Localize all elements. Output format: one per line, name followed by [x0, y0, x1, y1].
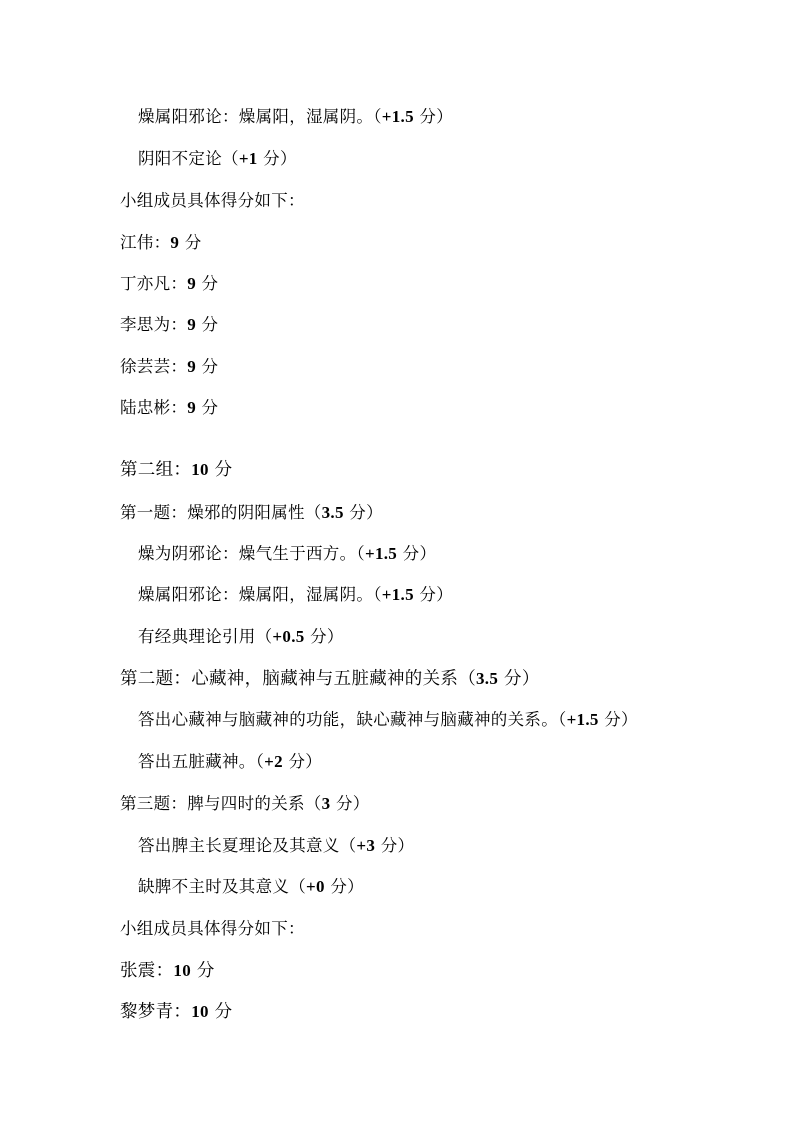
line-suffix: 分 [196, 315, 218, 334]
member-name: 李思为： [120, 315, 187, 334]
criterion-line: 答出心藏神与脑藏神的功能，缺心藏神与脑藏神的关系。（+1.5 分） [138, 709, 638, 731]
question-heading: 第三题：脾与四时的关系（3 分） [120, 793, 370, 815]
score-value: 9 [187, 357, 196, 376]
member-name: 黎梦青： [120, 1002, 191, 1022]
line-suffix: 分） [330, 794, 369, 813]
line-suffix: 分 [209, 460, 233, 480]
score-value: 9 [187, 398, 196, 417]
line-suffix: 分） [283, 752, 322, 771]
member-score: 陆忠彬：9 分 [120, 397, 218, 419]
line-suffix: 分） [599, 710, 638, 729]
score-value: 10 [173, 961, 191, 980]
score-value: +3 [356, 836, 375, 855]
member-name: 丁亦凡： [120, 274, 187, 293]
criterion-line: 答出五脏藏神。（+2 分） [138, 751, 322, 773]
line-suffix: 分） [258, 149, 297, 168]
line-suffix: 分） [414, 585, 453, 604]
member-score: 张震：10 分 [120, 960, 215, 982]
score-value: 3.5 [322, 503, 344, 522]
line-text: 小组成员具体得分如下： [120, 191, 305, 210]
member-name: 徐芸芸： [120, 357, 187, 376]
score-value: +1.5 [382, 107, 414, 126]
line-text: 答出心藏神与脑藏神的功能，缺心藏神与脑藏神的关系。（ [138, 710, 567, 729]
score-value: 10 [191, 1002, 209, 1021]
document-page: 燥属阳邪论：燥属阳，湿属阴。（+1.5 分） 阴阳不定论（+1 分） 小组成员具… [0, 0, 794, 1123]
line-suffix: 分） [414, 107, 453, 126]
score-value: +1.5 [567, 710, 599, 729]
line-text: 缺脾不主时及其意义（ [138, 877, 306, 896]
score-value: 3.5 [476, 669, 498, 688]
line-suffix: 分） [305, 627, 344, 646]
line-suffix: 分） [375, 836, 414, 855]
member-score: 李思为：9 分 [120, 314, 218, 336]
question-text: 第三题：脾与四时的关系（ [120, 794, 322, 813]
line-suffix: 分） [397, 544, 436, 563]
members-heading: 小组成员具体得分如下： [120, 918, 305, 940]
member-name: 张震： [120, 961, 173, 981]
line-text: 答出脾主长夏理论及其意义（ [138, 836, 356, 855]
line-suffix: 分） [344, 503, 383, 522]
line-suffix: 分 [196, 274, 218, 293]
score-value: +0.5 [272, 627, 304, 646]
criterion-line: 燥为阴邪论：燥气生于西方。（+1.5 分） [138, 543, 436, 565]
line-text: 小组成员具体得分如下： [120, 919, 305, 938]
criterion-line: 燥属阳邪论：燥属阳，湿属阴。（+1.5 分） [138, 584, 453, 606]
score-value: 9 [187, 315, 196, 334]
member-score: 徐芸芸：9 分 [120, 356, 218, 378]
members-heading: 小组成员具体得分如下： [120, 190, 305, 212]
criterion-line: 有经典理论引用（+0.5 分） [138, 626, 344, 648]
member-score: 丁亦凡：9 分 [120, 273, 218, 295]
score-value: +1.5 [365, 544, 397, 563]
line-suffix: 分 [179, 233, 201, 252]
group-name: 第二组： [120, 460, 191, 480]
score-value: +0 [306, 877, 325, 896]
line-suffix: 分 [196, 357, 218, 376]
line-text: 燥属阳邪论：燥属阳，湿属阴。（ [138, 585, 382, 604]
criterion-line: 答出脾主长夏理论及其意义（+3 分） [138, 835, 414, 857]
line-text: 燥为阴邪论：燥气生于西方。（ [138, 544, 365, 563]
score-value: +1.5 [382, 585, 414, 604]
line-text: 燥属阳邪论：燥属阳，湿属阴。（ [138, 107, 382, 126]
line-suffix: 分） [325, 877, 364, 896]
score-value: 9 [170, 233, 179, 252]
question-heading: 第二题：心藏神，脑藏神与五脏藏神的关系（3.5 分） [120, 668, 540, 690]
question-text: 第一题：燥邪的阴阳属性（ [120, 503, 322, 522]
score-value: 10 [191, 460, 209, 479]
line-text: 有经典理论引用（ [138, 627, 272, 646]
member-score: 黎梦青：10 分 [120, 1001, 232, 1023]
criterion-line: 阴阳不定论（+1 分） [138, 148, 297, 170]
group-heading: 第二组：10 分 [120, 459, 232, 481]
criterion-line: 缺脾不主时及其意义（+0 分） [138, 876, 364, 898]
question-heading: 第一题：燥邪的阴阳属性（3.5 分） [120, 502, 383, 524]
line-suffix: 分 [191, 961, 215, 981]
score-value: +1 [239, 149, 258, 168]
line-text: 答出五脏藏神。（ [138, 752, 264, 771]
member-name: 江伟： [120, 233, 170, 252]
score-value: 9 [187, 274, 196, 293]
line-text: 阴阳不定论（ [138, 149, 239, 168]
question-text: 第二题：心藏神，脑藏神与五脏藏神的关系（ [120, 669, 476, 689]
score-value: +2 [264, 752, 283, 771]
member-name: 陆忠彬： [120, 398, 187, 417]
criterion-line: 燥属阳邪论：燥属阳，湿属阴。（+1.5 分） [138, 106, 453, 128]
line-suffix: 分 [196, 398, 218, 417]
line-suffix: 分） [498, 669, 539, 689]
member-score: 江伟：9 分 [120, 232, 202, 254]
line-suffix: 分 [209, 1002, 233, 1022]
